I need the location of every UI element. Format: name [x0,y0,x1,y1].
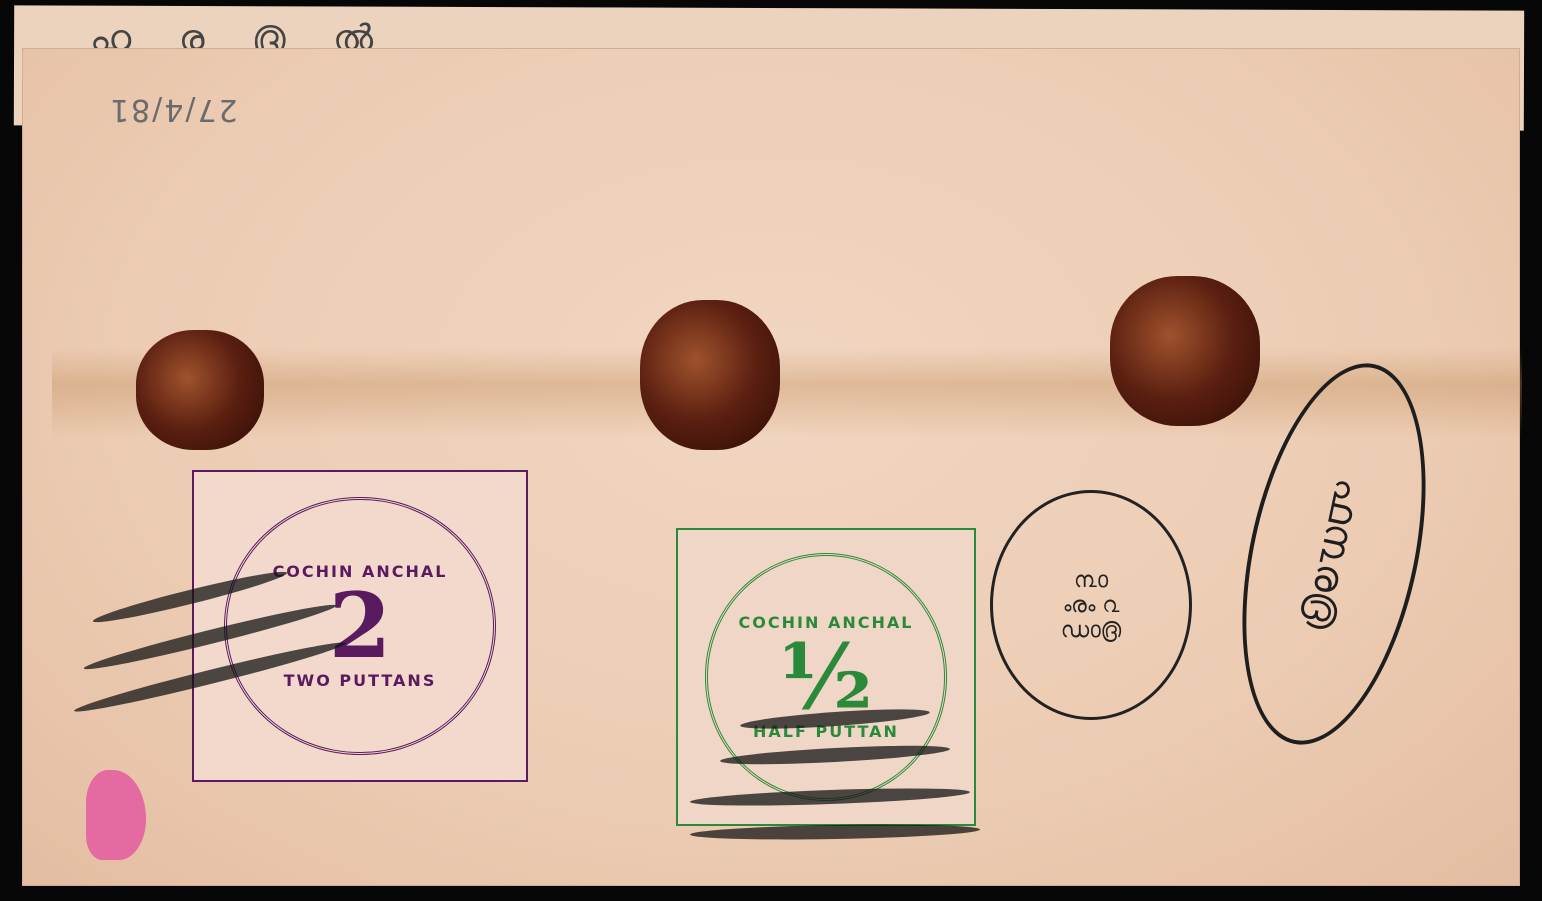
wax-seal [640,300,780,450]
wax-seal [136,330,264,450]
pencil-note: 27/4/81 [108,92,238,127]
stamp-half-puttan: COCHIN ANCHAL ½ HALF PUTTAN [676,528,976,826]
wax-seal [1110,276,1260,426]
postmark: ൩൦ൟ ൨ഡ൦൫ [990,490,1192,720]
